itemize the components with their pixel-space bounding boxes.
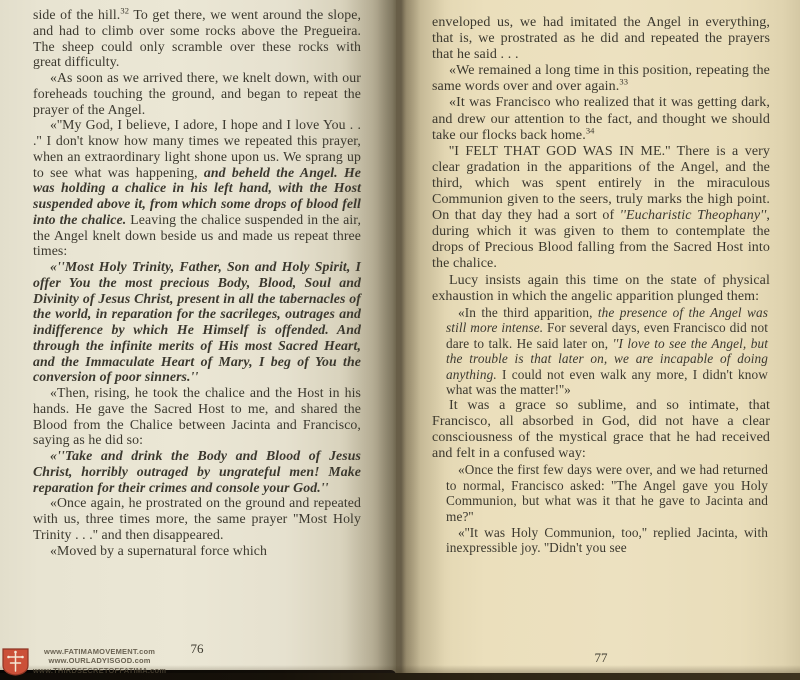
watermark-url: www.FATIMAMOVEMENT.com — [44, 647, 155, 656]
left-page: side of the hill.32 To get there, we wen… — [0, 0, 396, 680]
text-run: side of the hill. — [33, 7, 120, 22]
footnote-ref-34: 34 — [586, 125, 595, 135]
watermark: www.FATIMAMOVEMENT.com www.OURLADYISGOD.… — [2, 647, 166, 676]
paragraph: «''My God, I believe, I adore, I hope an… — [33, 117, 361, 259]
watermark-url: www.THIRDSECRETOFFATIMA.com — [33, 666, 166, 675]
paragraph: «We remained a long time in this positio… — [432, 63, 770, 95]
paragraph: «Moved by a supernatural force which — [33, 543, 361, 559]
text-run: «It was Francisco who realized that it w… — [432, 95, 770, 142]
paragraph-section: ''I FELT THAT GOD WAS IN ME.'' There is … — [432, 144, 770, 273]
text-run: enveloped us, we had imitated the Angel … — [432, 15, 770, 62]
footnote-ref-32: 32 — [120, 5, 129, 15]
text-run: «Moved by a supernatural force which — [50, 543, 267, 558]
text-run-emphasis: «''Take and drink the Body and Blood of … — [33, 448, 361, 495]
paragraph-quote: «In the third apparition, the presence o… — [446, 305, 768, 398]
text-run-emphasis: «''Most Holy Trinity, Father, Son and Ho… — [33, 259, 361, 384]
text-run: «Once again, he prostrated on the ground… — [33, 495, 361, 542]
paragraph: «Once again, he prostrated on the ground… — [33, 495, 361, 542]
right-page: enveloped us, we had imitated the Angel … — [396, 0, 800, 680]
text-run: «As soon as we arrived there, we knelt d… — [33, 70, 361, 117]
text-run: «''It was Holy Communion, too,'' replied… — [446, 525, 768, 556]
text-run: It was a grace so sublime, and so intima… — [432, 398, 770, 461]
text-run: «Then, rising, he took the chalice and t… — [33, 385, 361, 447]
paragraph: It was a grace so sublime, and so intima… — [432, 398, 770, 462]
paragraph: «It was Francisco who realized that it w… — [432, 95, 770, 143]
watermark-urls: www.FATIMAMOVEMENT.com www.OURLADYISGOD.… — [33, 647, 166, 676]
fatima-crest-icon — [2, 648, 29, 676]
paragraph: Lucy insists again this time on the stat… — [432, 273, 770, 305]
right-page-number: 77 — [432, 650, 770, 666]
paragraph: side of the hill.32 To get there, we wen… — [33, 7, 361, 70]
paragraph: enveloped us, we had imitated the Angel … — [432, 15, 770, 63]
watermark-url: www.OURLADYISGOD.com — [49, 656, 151, 665]
text-run: «In the third apparition, — [458, 305, 598, 320]
paragraph: «Then, rising, he took the chalice and t… — [33, 385, 361, 448]
left-page-text: side of the hill.32 To get there, we wen… — [33, 7, 361, 558]
footnote-ref-33: 33 — [619, 77, 628, 87]
paragraph: «As soon as we arrived there, we knelt d… — [33, 70, 361, 117]
paragraph-quote: «''It was Holy Communion, too,'' replied… — [446, 525, 768, 556]
text-run: Lucy insists again this time on the stat… — [432, 273, 770, 304]
paragraph-quote: «Once the first few days were over, and … — [446, 462, 768, 524]
text-run: «We remained a long time in this positio… — [432, 63, 770, 94]
paragraph-prayer: «''Most Holy Trinity, Father, Son and Ho… — [33, 259, 361, 385]
text-run-italic: ''Eucharistic Theophany'' — [620, 208, 767, 223]
book-spread: side of the hill.32 To get there, we wen… — [0, 0, 800, 680]
text-run: «Once the first few days were over, and … — [446, 462, 768, 524]
right-page-text: enveloped us, we had imitated the Angel … — [432, 15, 770, 556]
paragraph-prayer: «''Take and drink the Body and Blood of … — [33, 448, 361, 495]
